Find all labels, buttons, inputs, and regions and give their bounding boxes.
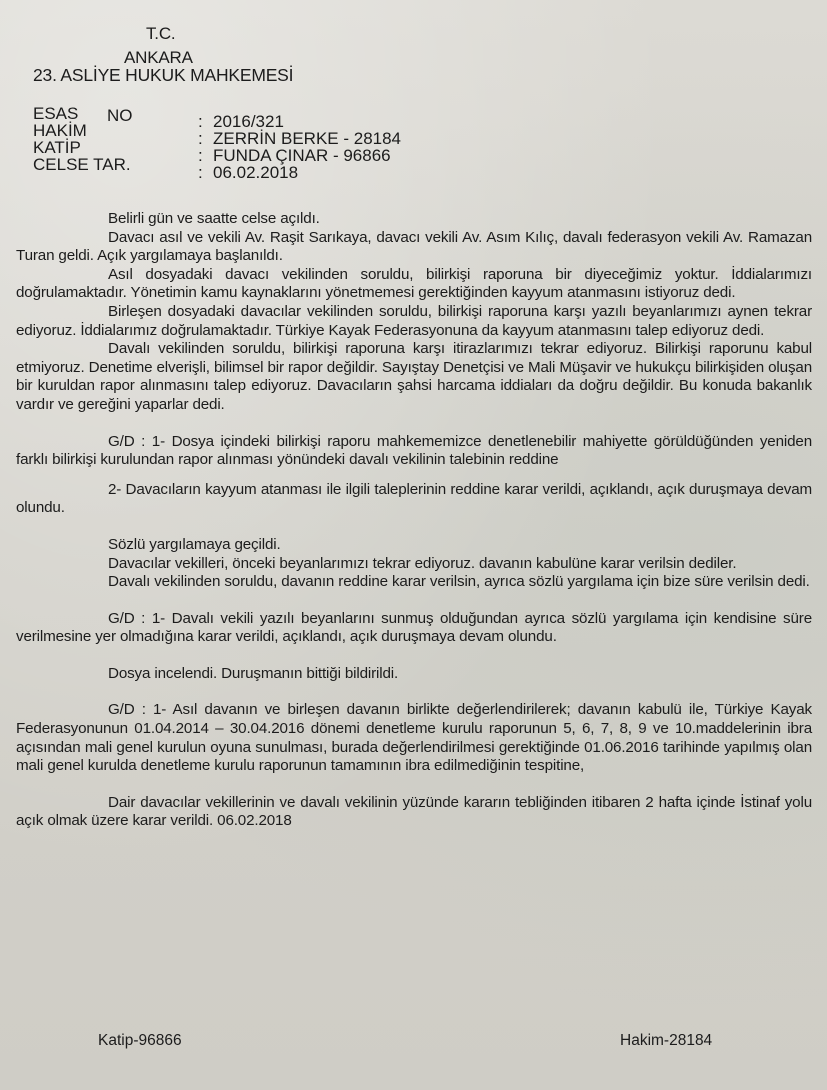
final-decision: G/D : 1- Asıl davanın ve birleşen davanı… [16,701,812,775]
paragraph-oral-hearing: Sözlü yargılamaya geçildi. [16,536,812,555]
paragraph-opening: Belirli gün ve saatte celse açıldı. [16,210,812,229]
spacer [16,683,812,701]
paragraph-defendant: Davalı vekilinden soruldu, bilirkişi rap… [16,340,812,414]
spacer [16,470,812,481]
court-record-page: T.C. ANKARA 23. ASLİYE HUKUK MAHKEMESİ E… [0,0,827,1090]
record-body: Belirli gün ve saatte celse açıldı. Dava… [16,210,812,831]
appeal-notice: Dair davacılar vekillerinin ve davalı ve… [16,794,812,831]
spacer [16,592,812,610]
paragraph-attendance: Davacı asıl ve vekili Av. Raşit Sarıkaya… [16,229,812,266]
interim-decision-3: G/D : 1- Davalı vekili yazılı beyanların… [16,610,812,647]
celse-label: CELSE TAR. [33,155,131,175]
paragraph-defendant-oral: Davalı vekilinden soruldu, davanın reddi… [16,573,812,592]
interim-decision-1: G/D : 1- Dosya içindeki bilirkişi raporu… [16,433,812,470]
spacer [16,518,812,536]
spacer [16,415,812,433]
header-state: T.C. [146,24,175,44]
meta-separator: : [198,163,203,183]
header-court-name: 23. ASLİYE HUKUK MAHKEMESİ [33,65,293,86]
no-label: NO [107,106,133,126]
spacer [16,647,812,665]
spacer [16,776,812,794]
signature-judge: Hakim-28184 [620,1032,712,1050]
signature-clerk: Katip-96866 [98,1032,182,1050]
paragraph-plaintiffs-oral: Davacılar vekilleri, önceki beyanlarımız… [16,555,812,574]
interim-decision-2: 2- Davacıların kayyum atanması ile ilgil… [16,481,812,518]
celse-value: 06.02.2018 [213,163,298,183]
paragraph-hearing-closed: Dosya incelendi. Duruşmanın bittiği bild… [16,665,812,684]
paragraph-plaintiff-main: Asıl dosyadaki davacı vekilinden soruldu… [16,266,812,303]
paragraph-plaintiff-joined: Birleşen dosyadaki davacılar vekilinden … [16,303,812,340]
